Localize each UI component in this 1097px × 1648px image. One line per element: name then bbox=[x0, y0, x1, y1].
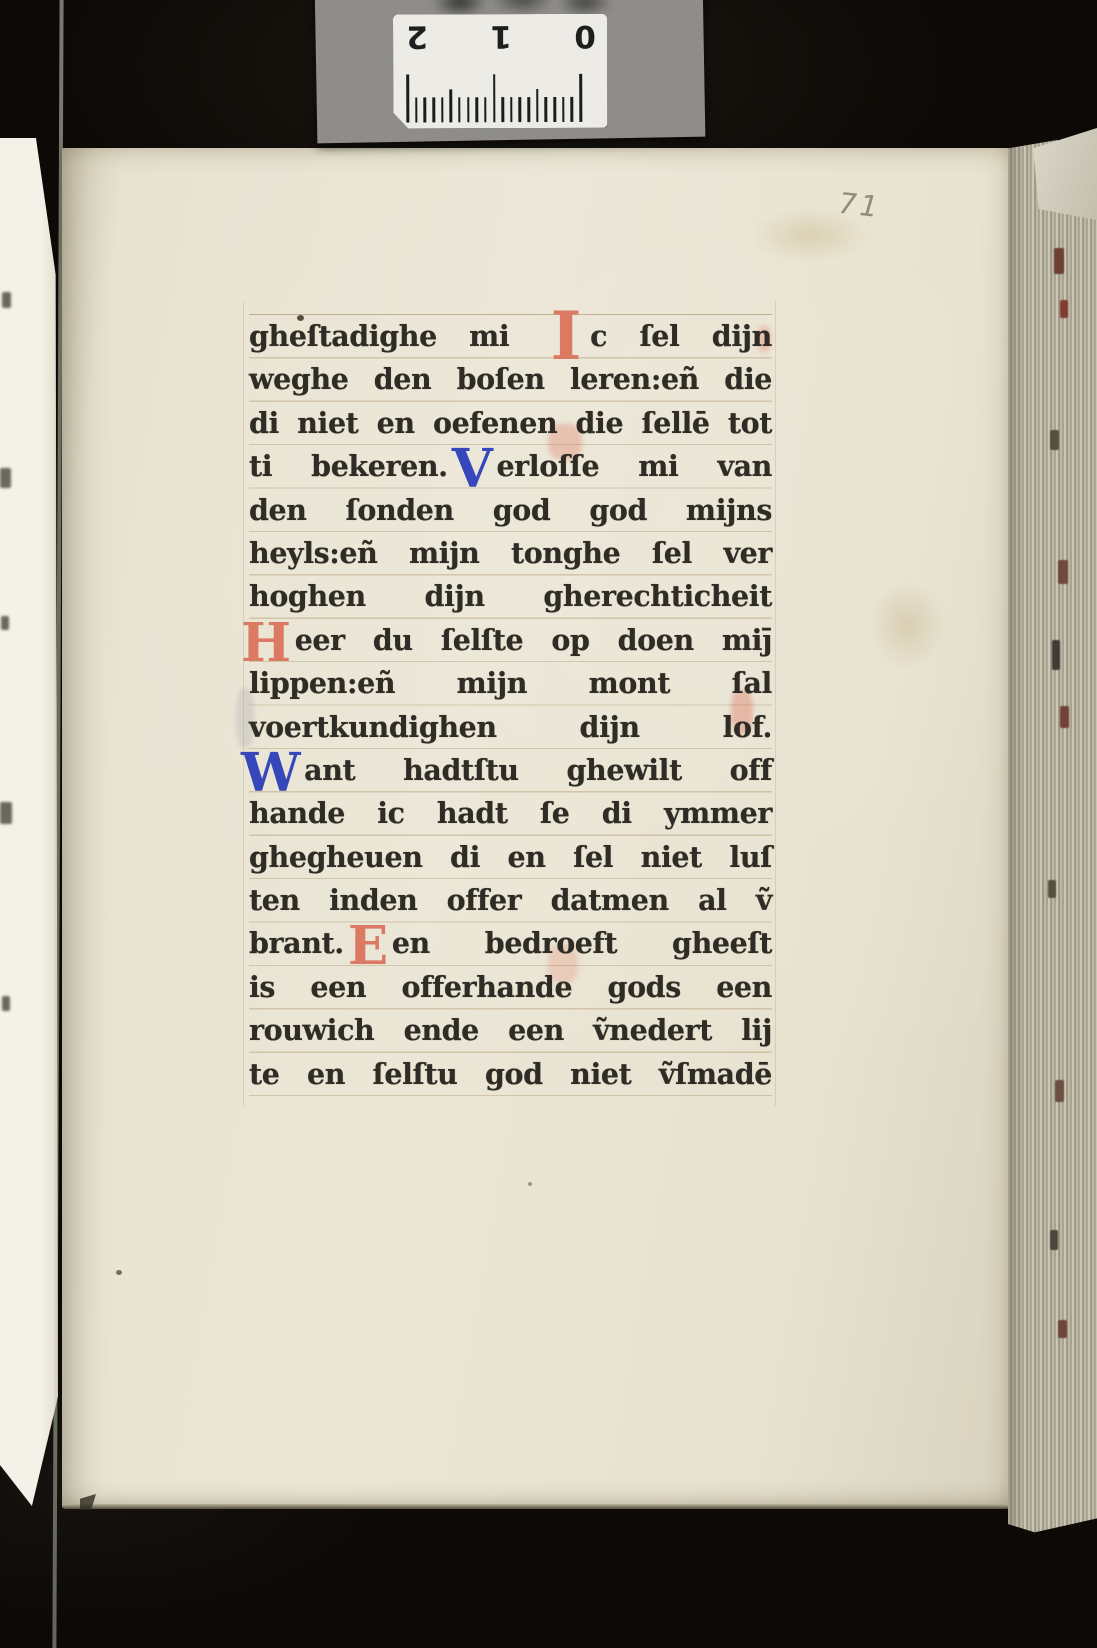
book-fore-edge bbox=[1008, 140, 1097, 1538]
manuscript-text-line: hoghen dijn gherechticheit bbox=[249, 575, 772, 618]
text-segment: weghe den boſen leren:eñ die bbox=[249, 362, 772, 396]
ruler-tick bbox=[406, 74, 409, 122]
ruler-tick bbox=[449, 89, 452, 122]
manuscript-text-line: is een offerhande gods een bbox=[249, 966, 772, 1009]
page-bottom-edge bbox=[62, 1504, 1010, 1509]
text-segment: eer du ſelſte op doen mij̄ bbox=[295, 623, 772, 657]
text-segment: erloſſe mi van bbox=[496, 449, 772, 483]
text-segment: hande ic hadt ſe di ymmer bbox=[249, 796, 772, 830]
manuscript-text-line: hande ic hadt ſe di ymmer bbox=[249, 792, 772, 835]
ruler-tick bbox=[475, 97, 478, 122]
ruler-tick bbox=[519, 97, 522, 122]
ruler-tick bbox=[484, 97, 487, 122]
manuscript-text-line: ghegheuen di en ſel niet luſ bbox=[249, 836, 772, 879]
ruler-tick bbox=[441, 97, 444, 122]
ruler-tick bbox=[424, 97, 427, 122]
page-edge-marking bbox=[1060, 300, 1068, 318]
page-edge-marking bbox=[1054, 248, 1064, 274]
ruler-tick bbox=[571, 97, 574, 122]
ruler-tick bbox=[493, 74, 496, 122]
manuscript-text-line: Heer du ſelſte op doen mij̄ bbox=[249, 619, 772, 662]
text-segment: di niet en oefenen die ſellē tot bbox=[249, 406, 772, 440]
text-segment: te en ſelſtu god niet ṽſmadē bbox=[249, 1057, 772, 1091]
manuscript-text-line: di niet en oefenen die ſellē tot bbox=[249, 402, 772, 445]
text-segment: c ſel dijn bbox=[590, 319, 772, 353]
manuscript-text-line: den ſonden god god mijns bbox=[249, 489, 772, 532]
parchment-speck bbox=[528, 1182, 532, 1186]
facing-page-text-fragment bbox=[0, 802, 12, 824]
ruler-number: 1 bbox=[485, 18, 517, 54]
ruler-tick bbox=[501, 97, 504, 122]
text-segment: voertkundighen dijn lof. bbox=[249, 710, 772, 744]
ruler-tick bbox=[579, 74, 582, 122]
page-edge-marking bbox=[1058, 1320, 1067, 1338]
page-edge-marking bbox=[1048, 880, 1056, 898]
text-segment: den ſonden god god mijns bbox=[249, 493, 772, 527]
ruler-tick bbox=[467, 97, 470, 122]
ruler-number: 2 bbox=[401, 18, 433, 54]
text-segment: rouwich ende een ṽnedert lij bbox=[249, 1013, 772, 1047]
manuscript-text-line: weghe den boſen leren:eñ die bbox=[249, 358, 772, 401]
text-segment: ten inden offer datmen al ṽ bbox=[249, 883, 772, 917]
ruler-tick bbox=[458, 97, 461, 122]
parchment-stain bbox=[852, 560, 962, 690]
manuscript-text-line: voertkundighen dijn lof. bbox=[249, 706, 772, 749]
page-edge-marking bbox=[1052, 640, 1060, 670]
ruler-tick bbox=[553, 97, 556, 122]
text-segment: ti bekeren. bbox=[249, 449, 448, 483]
ruler-tick bbox=[545, 97, 548, 122]
text-segment: ghegheuen di en ſel niet luſ bbox=[249, 840, 772, 874]
facing-page-text-fragment bbox=[2, 292, 11, 308]
parchment-stain bbox=[726, 196, 894, 274]
ruler-ticks bbox=[395, 70, 605, 123]
facing-page-text-fragment bbox=[2, 996, 10, 1011]
ruler-tick bbox=[510, 97, 513, 122]
text-segment: lippen:eñ mijn mont ſal bbox=[249, 666, 772, 700]
ruler-tick bbox=[432, 97, 435, 122]
ruler-tick bbox=[527, 97, 530, 122]
manuscript-text-line: ten inden offer datmen al ṽ bbox=[249, 879, 772, 922]
manuscript-text-block: gheſtadighe mi Ic ſel dijnweghe den boſe… bbox=[249, 314, 772, 1096]
ruler-tick bbox=[562, 97, 565, 122]
manuscript-text-line: heyls:eñ mijn tonghe ſel ver bbox=[249, 532, 772, 575]
page-edge-marking bbox=[1050, 430, 1059, 450]
facing-page-text-fragment bbox=[0, 468, 11, 488]
page-edge-marking bbox=[1060, 706, 1069, 728]
facing-page-text-fragment bbox=[1, 616, 9, 630]
manuscript-text-line: rouwich ende een ṽnedert lij bbox=[249, 1009, 772, 1052]
text-segment: ant hadtſtu ghewilt off bbox=[304, 753, 772, 787]
ruler-number: 0 bbox=[569, 18, 601, 54]
page-edge-marking bbox=[1055, 1080, 1064, 1102]
photo-scale-card: 210 bbox=[315, 0, 706, 143]
manuscript-text-line: brant.Een bedroeft gheeſt bbox=[249, 922, 772, 965]
text-segment: hoghen dijn gherechticheit bbox=[249, 579, 772, 613]
text-segment: is een offerhande gods een bbox=[249, 970, 772, 1004]
manuscript-text-line: ti bekeren.Verloſſe mi van bbox=[249, 445, 772, 488]
ruler-tick bbox=[415, 97, 418, 122]
text-segment: gheſtadighe mi bbox=[249, 319, 542, 353]
manuscript-text-line: gheſtadighe mi Ic ſel dijn bbox=[249, 315, 772, 358]
manuscript-text-line: te en ſelſtu god niet ṽſmadē bbox=[249, 1053, 772, 1096]
manuscript-text-line: lippen:eñ mijn mont ſal bbox=[249, 662, 772, 705]
text-segment: heyls:eñ mijn tonghe ſel ver bbox=[249, 536, 772, 570]
parchment-speck bbox=[116, 1270, 122, 1275]
ruler-tick bbox=[536, 89, 539, 122]
text-segment: brant. bbox=[249, 926, 344, 960]
scale-ruler: 210 bbox=[393, 14, 607, 129]
manuscript-photograph: 210 71 gheſtadighe mi Ic ſel dijnweghe d… bbox=[0, 0, 1097, 1648]
text-segment: en bedroeft gheeſt bbox=[392, 926, 772, 960]
page-edge-marking bbox=[1058, 560, 1068, 584]
manuscript-text-line: Want hadtſtu ghewilt off bbox=[249, 749, 772, 792]
page-edge-marking bbox=[1050, 1230, 1058, 1250]
